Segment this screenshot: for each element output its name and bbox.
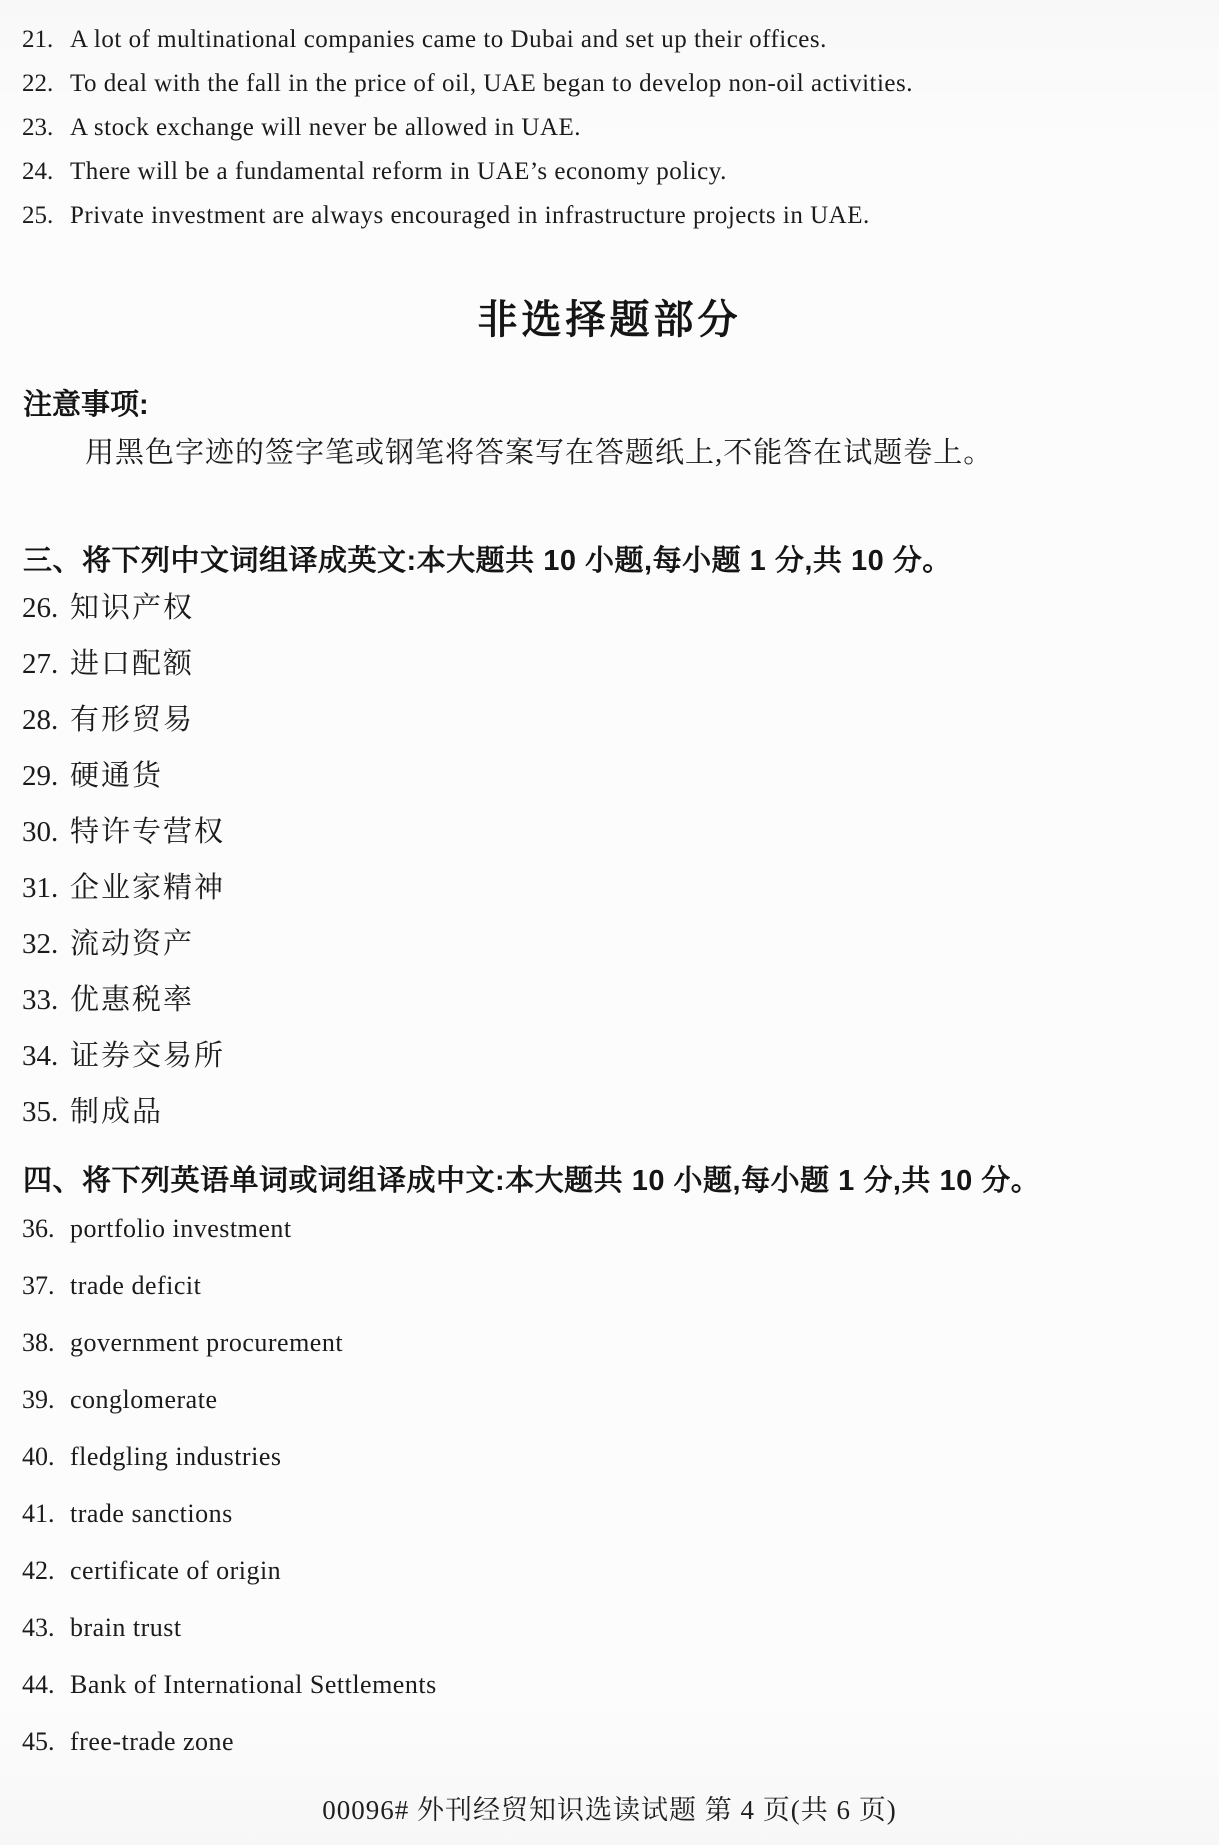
translation-item-cn: 27. 进口配额: [22, 644, 1189, 700]
question-number: 43.: [22, 1609, 70, 1647]
question-text: 证券交易所: [70, 1036, 1189, 1076]
question-number: 42.: [22, 1552, 70, 1590]
question-number: 45.: [22, 1723, 70, 1761]
question-text: Bank of International Settlements: [70, 1666, 1189, 1704]
section-four-heading: 四、将下列英语单词或词组译成中文:本大题共 10 小题,每小题 1 分,共 10…: [23, 1158, 1189, 1199]
notes-body: 用黑色字迹的签字笔或钢笔将答案写在答题纸上,不能答在试题卷上。: [85, 430, 993, 471]
translation-item-en: 36. portfolio investment: [22, 1210, 1189, 1267]
question-text: 制成品: [70, 1092, 1189, 1132]
translation-item-en: 38. government procurement: [22, 1324, 1189, 1381]
question-item: 25. Private investment are always encour…: [22, 194, 1189, 238]
translation-item-cn: 29. 硬通货: [22, 756, 1189, 812]
translation-item-en: 37. trade deficit: [22, 1267, 1189, 1324]
translation-item-cn: 32. 流动资产: [22, 924, 1189, 980]
question-text: 硬通货: [70, 756, 1189, 796]
question-number: 28.: [22, 700, 70, 740]
true-false-question-list: 21. A lot of multinational companies cam…: [22, 18, 1189, 238]
question-text: free-trade zone: [70, 1723, 1189, 1761]
question-number: 44.: [22, 1666, 70, 1704]
translation-item-en: 45. free-trade zone: [22, 1723, 1189, 1780]
question-number: 30.: [22, 812, 70, 852]
question-number: 25.: [22, 194, 70, 238]
translation-item-en: 39. conglomerate: [22, 1381, 1189, 1438]
question-text: There will be a fundamental reform in UA…: [70, 150, 1189, 194]
question-text: conglomerate: [70, 1381, 1189, 1419]
question-text: 企业家精神: [70, 868, 1189, 908]
question-text: To deal with the fall in the price of oi…: [70, 62, 1189, 106]
question-text: certificate of origin: [70, 1552, 1189, 1590]
question-text: 优惠税率: [70, 980, 1189, 1020]
translation-item-cn: 35. 制成品: [22, 1092, 1189, 1148]
question-text: trade sanctions: [70, 1495, 1189, 1533]
question-number: 27.: [22, 644, 70, 684]
question-text: A lot of multinational companies came to…: [70, 18, 1189, 62]
question-number: 34.: [22, 1036, 70, 1076]
question-item: 24. There will be a fundamental reform i…: [22, 150, 1189, 194]
question-text: Private investment are always encouraged…: [70, 194, 1189, 238]
question-text: fledgling industries: [70, 1438, 1189, 1476]
translation-item-cn: 34. 证券交易所: [22, 1036, 1189, 1092]
translation-item-cn: 26. 知识产权: [22, 588, 1189, 644]
question-text: 特许专营权: [70, 812, 1189, 852]
question-number: 23.: [22, 106, 70, 150]
question-number: 31.: [22, 868, 70, 908]
question-text: portfolio investment: [70, 1210, 1189, 1248]
question-number: 33.: [22, 980, 70, 1020]
question-text: 知识产权: [70, 588, 1189, 628]
question-item: 21. A lot of multinational companies cam…: [22, 18, 1189, 62]
question-text: 流动资产: [70, 924, 1189, 964]
question-text: 有形贸易: [70, 700, 1189, 740]
question-number: 38.: [22, 1324, 70, 1362]
translation-item-cn: 30. 特许专营权: [22, 812, 1189, 868]
question-text: A stock exchange will never be allowed i…: [70, 106, 1189, 150]
exam-paper-page: 21. A lot of multinational companies cam…: [0, 0, 1219, 1845]
question-number: 39.: [22, 1381, 70, 1419]
section-three-heading: 三、将下列中文词组译成英文:本大题共 10 小题,每小题 1 分,共 10 分。: [23, 538, 1189, 579]
page-footer: 00096# 外刊经贸知识选读试题 第 4 页(共 6 页): [0, 1788, 1219, 1827]
question-number: 26.: [22, 588, 70, 628]
question-number: 32.: [22, 924, 70, 964]
translation-item-en: 42. certificate of origin: [22, 1552, 1189, 1609]
question-text: 进口配额: [70, 644, 1189, 684]
question-number: 29.: [22, 756, 70, 796]
translation-item-cn: 28. 有形贸易: [22, 700, 1189, 756]
question-number: 21.: [22, 18, 70, 62]
translation-item-en: 44. Bank of International Settlements: [22, 1666, 1189, 1723]
translation-item-cn: 33. 优惠税率: [22, 980, 1189, 1036]
translation-item-en: 43. brain trust: [22, 1609, 1189, 1666]
question-number: 40.: [22, 1438, 70, 1476]
question-number: 35.: [22, 1092, 70, 1132]
question-number: 22.: [22, 62, 70, 106]
question-text: government procurement: [70, 1324, 1189, 1362]
question-text: brain trust: [70, 1609, 1189, 1647]
question-item: 22. To deal with the fall in the price o…: [22, 62, 1189, 106]
translation-item-en: 40. fledgling industries: [22, 1438, 1189, 1495]
question-number: 37.: [22, 1267, 70, 1305]
translation-item-en: 41. trade sanctions: [22, 1495, 1189, 1552]
notes-label: 注意事项:: [23, 382, 149, 423]
question-item: 23. A stock exchange will never be allow…: [22, 106, 1189, 150]
question-number: 41.: [22, 1495, 70, 1533]
translation-item-cn: 31. 企业家精神: [22, 868, 1189, 924]
question-number: 36.: [22, 1210, 70, 1248]
section-four-item-list: 36. portfolio investment 37. trade defic…: [22, 1210, 1189, 1780]
part-heading: 非选择题部分: [0, 288, 1219, 345]
section-three-item-list: 26. 知识产权 27. 进口配额 28. 有形贸易 29. 硬通货 30. 特…: [22, 588, 1189, 1148]
question-text: trade deficit: [70, 1267, 1189, 1305]
question-number: 24.: [22, 150, 70, 194]
